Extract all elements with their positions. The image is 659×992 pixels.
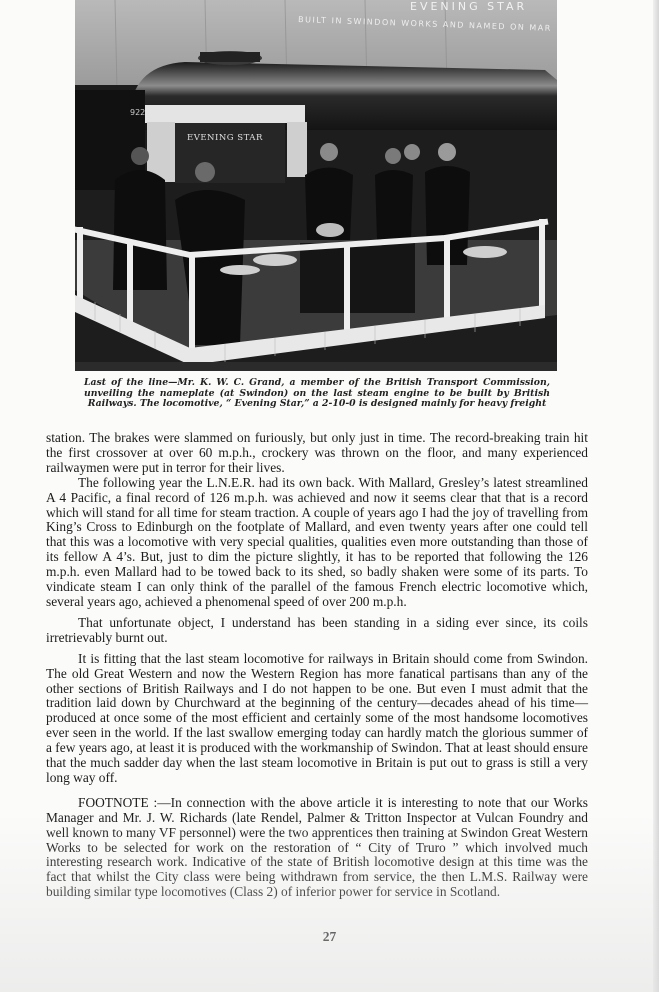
footnote-paragraph: FOOTNOTE :—In connection with the above …: [46, 796, 588, 900]
page-number: 27: [0, 929, 659, 945]
paragraph-3: That unfortunate object, I understand ha…: [46, 616, 588, 646]
nameplate-text: EVENING STAR: [187, 133, 263, 143]
locomotive-photo: EVENING STAR BUILT IN SWINDON WORKS AND …: [75, 0, 557, 371]
paragraph-4: It is fitting that the last steam locomo…: [46, 652, 588, 786]
engine-number: 922: [130, 108, 145, 117]
article-body: station. The brakes were slammed on furi…: [46, 431, 588, 900]
paragraph-2: The following year the L.N.E.R. had its …: [46, 476, 588, 610]
page-edge: [653, 0, 659, 992]
photo-caption: Last of the line—Mr. K. W. C. Grand, a m…: [84, 378, 550, 410]
paragraph-1: station. The brakes were slammed on furi…: [46, 431, 588, 476]
banner-text-top: EVENING STAR: [410, 0, 527, 13]
